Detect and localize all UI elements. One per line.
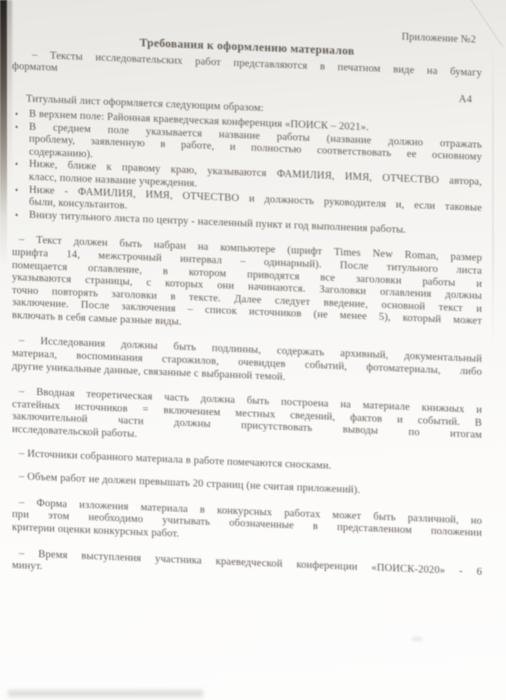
bullet-icon: • <box>12 108 29 121</box>
bullet-icon: • <box>12 121 29 159</box>
bullet-icon: • <box>12 184 29 210</box>
scan-speck <box>412 637 422 641</box>
paragraph: – Вводная теоретическая часть должна быт… <box>12 386 482 455</box>
document-body: Приложение №2 Требования к оформлению ма… <box>12 16 482 592</box>
page-crease <box>492 42 494 352</box>
paragraph: – Форма изложения материала в конкурсных… <box>12 497 482 554</box>
bullet-icon: • <box>12 209 29 222</box>
paragraph: – Исследования должны быть подлинны, сод… <box>12 335 482 392</box>
paragraph: – Время выступления участника краеведчес… <box>12 548 482 592</box>
scan-smudge <box>8 690 203 697</box>
scanned-page: Приложение №2 Требования к оформлению ма… <box>0 0 506 700</box>
titlepage-bullet-list: •В верхнем поле: Районная краеведческая … <box>12 108 482 240</box>
bullet-icon: • <box>12 158 29 184</box>
paragraphs: – Текст должен быть набран на компьютере… <box>12 234 482 591</box>
paragraph: – Текст должен быть набран на компьютере… <box>12 234 482 341</box>
